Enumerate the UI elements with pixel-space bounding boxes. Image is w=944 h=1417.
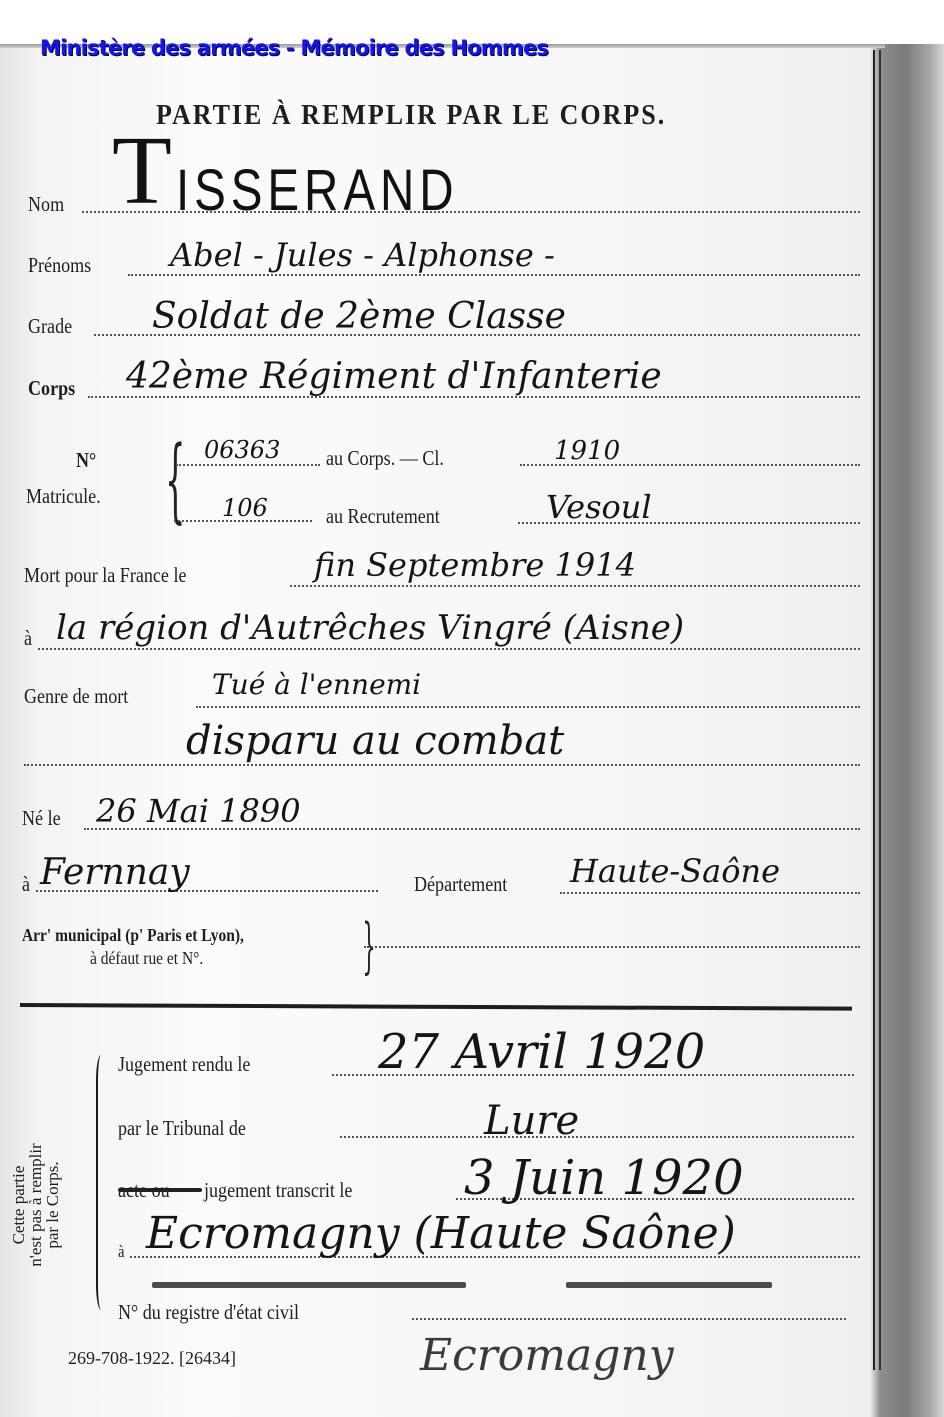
underline-mark	[152, 1282, 466, 1288]
lieu-naissance-label: à	[22, 872, 30, 897]
corps-number-label: au Corps. — Cl.	[326, 446, 444, 471]
jugement-label: Jugement rendu le	[118, 1052, 250, 1077]
side-note-line3: par le Corps.	[44, 1100, 61, 1310]
genre-mort-line	[196, 706, 860, 708]
mort-value: fin Septembre 1914	[314, 546, 636, 584]
jugement-value: 27 Avril 1920	[378, 1024, 705, 1080]
watermark: Ministère des armées - Mémoire des Homme…	[40, 36, 548, 60]
transcrit-label: jugement transcrit le	[204, 1178, 352, 1203]
prenoms-line	[128, 274, 860, 276]
footer-reference: 269-708-1922. [26434]	[68, 1348, 236, 1369]
nom-value: ISSERAND	[176, 162, 459, 220]
classe-value: 1910	[554, 436, 620, 466]
corps-number-value: 06363	[204, 436, 280, 464]
departement-label: Département	[414, 872, 507, 897]
annotation-ecromagny: Ecromagny	[420, 1330, 674, 1381]
departement-value: Haute-Saône	[570, 852, 780, 890]
lieu-mort-line	[38, 648, 860, 650]
lieu-transcription-value: Ecromagny (Haute Saône)	[146, 1208, 736, 1259]
recrutement-number-value: 106	[222, 494, 268, 522]
lieu-mort-value: la région d'Autrêches Vingré (Aisne)	[56, 608, 684, 648]
frame-border	[873, 50, 875, 1370]
recrutement-label: au Recrutement	[326, 504, 440, 529]
genre-mort-value: Tué à l'ennemi	[212, 668, 421, 701]
side-note-line1: Cette partie	[10, 1100, 27, 1310]
naissance-value: 26 Mai 1890	[96, 792, 301, 830]
grade-label: Grade	[28, 314, 72, 339]
matricule-brace: {	[165, 434, 185, 526]
side-note-line2: n'est pas à remplir	[27, 1100, 44, 1310]
matricule-label-line2: Matricule.	[26, 484, 101, 509]
arrondissement-label-line1: Arr' municipal (p' Paris et Lyon),	[22, 925, 244, 946]
recrutement-value: Vesoul	[546, 488, 652, 526]
strikethrough	[118, 1188, 202, 1192]
genre-mort-line-2	[24, 764, 860, 766]
transcrit-value: 3 Juin 1920	[464, 1150, 744, 1206]
departement-line	[560, 892, 860, 894]
form-heading: PARTIE À REMPLIR PAR LE CORPS.	[156, 99, 666, 132]
lieu-transcription-label: à	[118, 1242, 124, 1262]
side-note: Cette partie n'est pas à remplir par le …	[10, 1100, 61, 1310]
frame-border	[879, 50, 881, 1370]
nom-label: Nom	[28, 192, 64, 217]
prenoms-value: Abel - Jules - Alphonse -	[170, 236, 555, 274]
tribunal-line	[340, 1136, 854, 1138]
matricule-label-line1: N°	[76, 448, 96, 473]
underline-mark	[566, 1282, 772, 1288]
mort-line	[290, 585, 860, 587]
genre-mort-value-2: disparu au combat	[186, 718, 564, 764]
lieu-mort-label: à	[24, 626, 32, 651]
nom-initial: T	[112, 122, 174, 220]
tribunal-label: par le Tribunal de	[118, 1116, 246, 1141]
arrondissement-label-line2: à défaut rue et N°.	[90, 948, 203, 969]
genre-mort-label: Genre de mort	[24, 684, 128, 709]
naissance-label: Né le	[22, 806, 61, 831]
corps-value: 42ème Régiment d'Infanterie	[126, 356, 662, 397]
corps-label: Corps	[28, 376, 75, 401]
tribunal-value: Lure	[484, 1098, 579, 1144]
side-bracket	[96, 1055, 106, 1310]
arrondissement-line	[364, 946, 860, 948]
lieu-naissance-value: Fernnay	[40, 852, 190, 893]
registre-label: N° du registre d'état civil	[118, 1300, 299, 1325]
registre-line	[412, 1318, 846, 1320]
grade-value: Soldat de 2ème Classe	[152, 296, 566, 337]
prenoms-label: Prénoms	[28, 253, 91, 278]
mort-label: Mort pour la France le	[24, 563, 186, 588]
corps-number-line	[176, 464, 320, 466]
